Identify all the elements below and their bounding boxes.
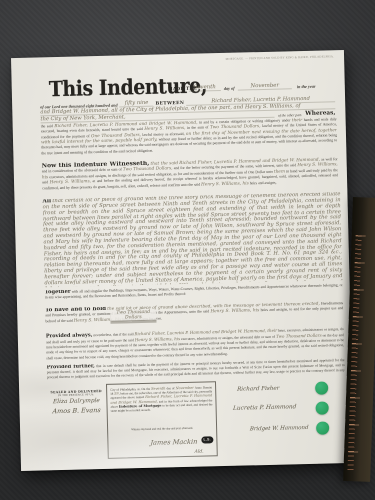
officer-signature-row: James Mackin L.S. [111,430,213,450]
witnesseth-paragraph: Now this Indenture Witnesseth, that the … [42,156,339,197]
witness-signature-1: Eliza Dalrymple [46,398,106,405]
acknowledgment-text: City of Philadelphia, ss. On the Seventh… [110,385,213,418]
day-of-label: day of [224,85,235,90]
month-value: November [238,82,292,90]
ls-seal-badge: L.S. [201,436,214,443]
ruler-major-tick-marks [347,235,365,471]
attestation-block: SEALED AND DELIVERED IN THE PRESENCE OF … [46,389,107,415]
grantor-signature-2: Lucretia P. Hammond [217,403,311,411]
acknowledgment-box: City of Philadelphia, ss. On the Seventh… [106,381,218,459]
wafer-seal-icon-2 [315,401,328,414]
of-other-part-label: of the other part. [278,113,302,118]
recital-paragraph: the said Richard Fisher, Lucretia P. Ham… [41,117,338,161]
consideration-amount-handwriting: Two Thousand Dollars [110,310,156,322]
witness-signature-2: Amos B. Evans [46,405,107,414]
grantor-signature-3: Bridget W. Hammond [242,424,316,432]
grantor-signature-1: Richard Fisher [227,385,289,393]
indenture-document: MORTGAGE. — PRINTED AND SOLD BY KING & B… [11,50,354,471]
printer-imprint: MORTGAGE. — PRINTED AND SOLD BY KING & B… [184,55,334,62]
property-description-handwriting: All that certain lot or piece of ground … [42,192,342,287]
alderman-signature: James Mackin [150,438,198,447]
wafer-seal-icon-3 [316,421,329,434]
wafer-seal-icon-1 [315,381,328,394]
day-value: Seventh [189,84,221,92]
whereas-label: Whereas, [305,110,335,117]
provided-always-lead: Provided always, [46,332,93,339]
in-the-year-label: in the year [297,83,316,88]
provided-always-clause: Provided always, nevertheless, that if t… [46,326,345,363]
